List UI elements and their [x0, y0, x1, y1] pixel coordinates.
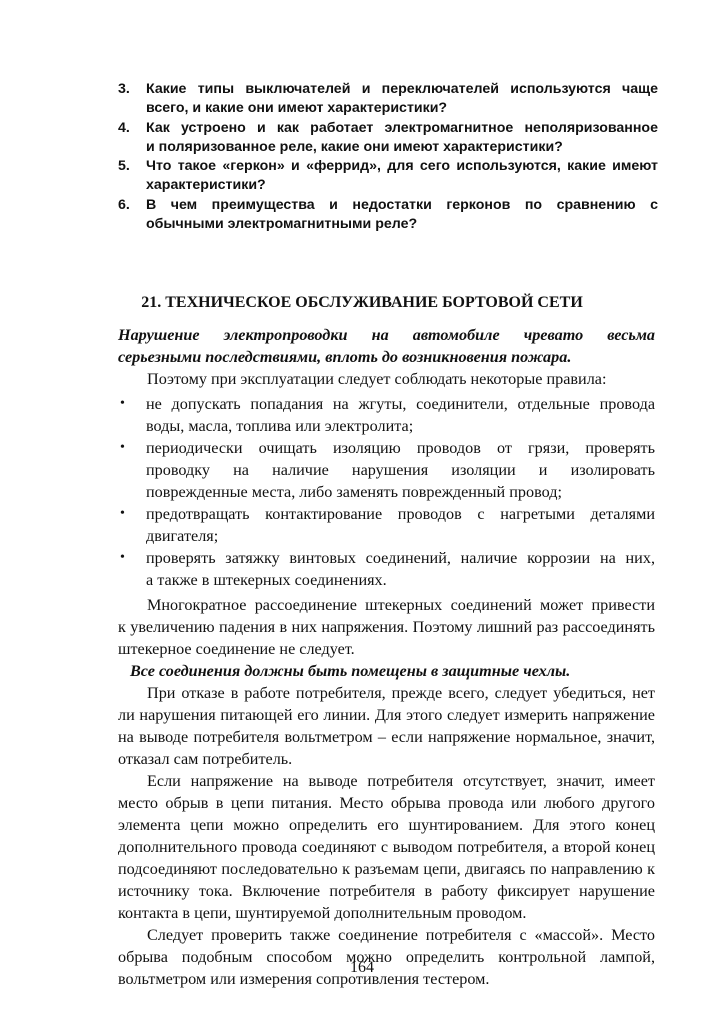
question-number: 4. [118, 119, 146, 158]
question-number: 3. [118, 80, 146, 119]
section-heading: 21. ТЕХНИЧЕСКОЕ ОБСЛУЖИВАНИЕ БОРТОВОЙ СЕ… [0, 294, 724, 312]
bullet-icon: • [118, 547, 146, 591]
paragraph-line: место обрыв в цепи питания. Место обрыва… [118, 792, 655, 814]
bullet-item: • не допускать попадания на жгуты, соеди… [118, 393, 655, 437]
paragraph-line: элемента цепи можно определить его шунти… [118, 814, 655, 836]
paragraph-line: источнику тока. Включение потребителя в … [118, 880, 655, 902]
bullet-text-line: не допускать попадания на жгуты, соедини… [146, 393, 655, 415]
bullet-text-line: периодически очищать изоляцию проводов о… [146, 437, 655, 459]
rules-bullet-list: • не допускать попадания на жгуты, соеди… [118, 393, 655, 591]
paragraph-line: Многократное рассоединение штекерных сое… [118, 594, 655, 616]
question-text-line: Какие типы выключателей и переключателей… [146, 80, 658, 99]
paragraph-line: к увеличению падения в них напряжения. П… [118, 616, 655, 638]
review-questions-list: 3. Какие типы выключателей и переключате… [118, 80, 658, 234]
question-text-line: В чем преимущества и недостатки герконов… [146, 196, 658, 215]
paragraph-line: контакта в цепи, шунтируемой дополнитель… [118, 902, 655, 924]
question-text-line: Что такое «геркон» и «феррид», для сего … [146, 157, 658, 176]
bullet-text-line: а также в штекерных соединениях. [146, 569, 655, 591]
intro-paragraph: Нарушение электропроводки на автомобиле … [118, 324, 655, 390]
intro-emphasis-line: Нарушение электропроводки на автомобиле … [118, 324, 655, 346]
paragraph-line: подсоединяют последовательно к разъемам … [118, 858, 655, 880]
paragraph-line: отказал сам потребитель. [118, 748, 655, 770]
page-number: 164 [0, 959, 724, 977]
bullet-icon: • [118, 503, 146, 547]
bullet-item: • предотвращать контактирование проводов… [118, 503, 655, 547]
question-item: 3. Какие типы выключателей и переключате… [118, 80, 658, 119]
question-number: 6. [118, 196, 146, 235]
question-item: 5. Что такое «геркон» и «феррид», для се… [118, 157, 658, 196]
paragraph-line: Следует проверить также соединение потре… [118, 924, 655, 946]
question-text-line: всего, и какие они имеют характеристики? [146, 99, 658, 118]
bullet-text-line: проверять затяжку винтовых соединений, н… [146, 547, 655, 569]
paragraph-line: ли нарушения питающей его линии. Для это… [118, 704, 655, 726]
paragraph-line: Если напряжение на выводе потребителя от… [118, 770, 655, 792]
paragraph-line: на выводе потребителя вольтметром – если… [118, 726, 655, 748]
bullet-text-line: поврежденные места, либо заменять повреж… [146, 481, 655, 503]
bullet-text-line: предотвращать контактирование проводов с… [146, 503, 655, 525]
bullet-text-line: проводку на наличие нарушения изоляции и… [146, 459, 655, 481]
bullet-icon: • [118, 393, 146, 437]
bullet-text-line: двигателя; [146, 525, 655, 547]
paragraph-line: штекерное соединение не следует. [118, 638, 655, 660]
emphasis-line: Все соединения должны быть помещены в за… [118, 660, 655, 682]
bullet-icon: • [118, 437, 146, 503]
body-paragraphs: Многократное рассоединение штекерных сое… [118, 594, 655, 990]
question-text-line: Как устроено и как работает электромагни… [146, 119, 658, 138]
question-item: 6. В чем преимущества и недостатки герко… [118, 196, 658, 235]
bullet-item: • периодически очищать изоляцию проводов… [118, 437, 655, 503]
intro-emphasis-line: серьезными последствиями, вплоть до возн… [118, 346, 655, 368]
paragraph-line: дополнительного провода соединяют с выво… [118, 836, 655, 858]
bullet-text-line: воды, масла, топлива или электролита; [146, 415, 655, 437]
question-text-line: обычными электромагнитными реле? [146, 215, 658, 234]
question-item: 4. Как устроено и как работает электрома… [118, 119, 658, 158]
question-text-line: и поляризованное реле, какие они имеют х… [146, 138, 658, 157]
document-page: 3. Какие типы выключателей и переключате… [0, 0, 724, 1024]
paragraph-line: При отказе в работе потребителя, прежде … [118, 682, 655, 704]
question-text-line: характеристики? [146, 176, 658, 195]
question-number: 5. [118, 157, 146, 196]
intro-text: Поэтому при эксплуатации следует соблюда… [118, 368, 655, 390]
bullet-item: • проверять затяжку винтовых соединений,… [118, 547, 655, 591]
